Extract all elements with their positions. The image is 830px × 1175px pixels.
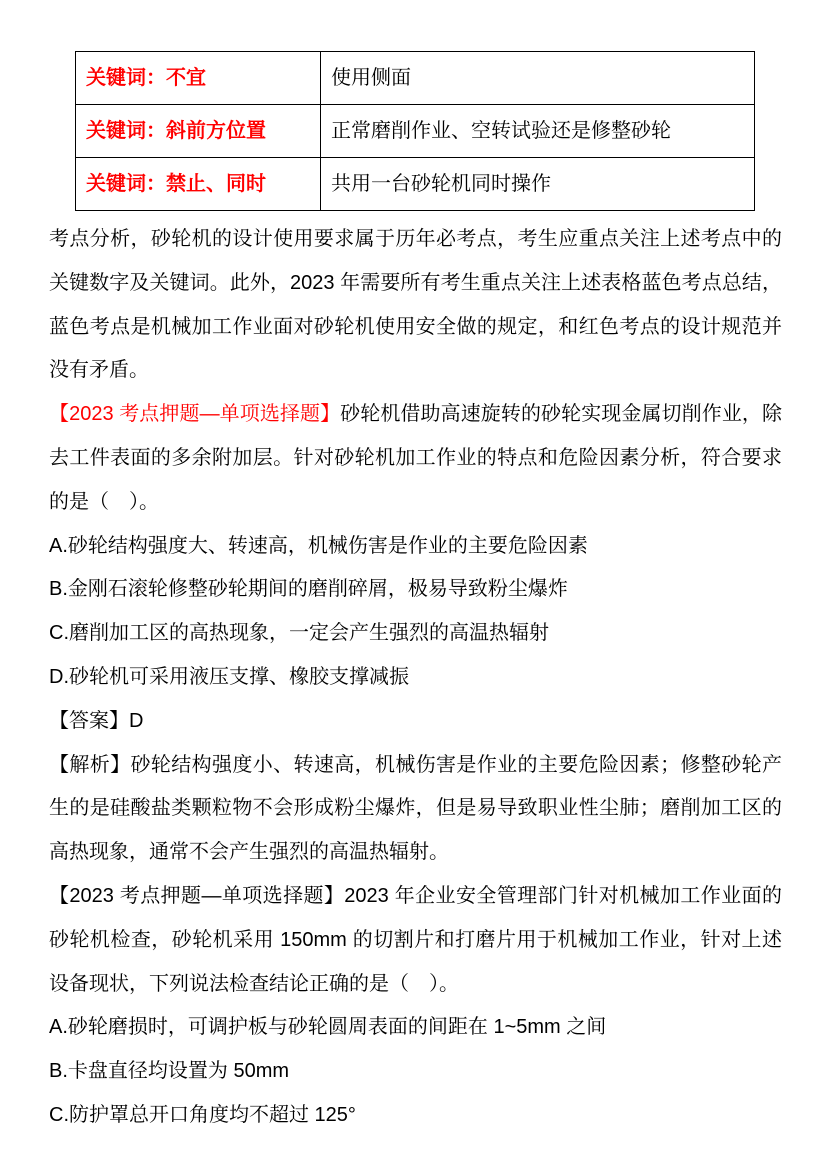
description-cell: 使用侧面 [321,52,755,105]
table-row: 关键词：不宜 使用侧面 [76,52,755,105]
keyword-cell: 关键词：斜前方位置 [76,105,321,158]
question1-explanation: 【解析】砂轮结构强度小、转速高，机械伤害是作业的主要危险因素；修整砂轮产生的是硅… [49,744,782,875]
question1-stem-paragraph: 【2023 考点押题—单项选择题】砂轮机借助高速旋转的砂轮实现金属切削作业，除去… [49,393,782,524]
question2-option-b: B.卡盘直径均设置为 50mm [49,1050,782,1094]
document-page: 关键词：不宜 使用侧面 关键词：斜前方位置 正常磨削作业、空转试验还是修整砂轮 … [0,0,830,1175]
description-cell: 共用一台砂轮机同时操作 [321,158,755,211]
question1-option-b: B.金刚石滚轮修整砂轮期间的磨削碎屑，极易导致粉尘爆炸 [49,568,782,612]
keyword-cell: 关键词：禁止、同时 [76,158,321,211]
question2-tag: 【2023 考点押题—单项选择题】 [49,885,344,907]
question1-answer: 【答案】D [49,700,782,744]
keyword-summary-table: 关键词：不宜 使用侧面 关键词：斜前方位置 正常磨削作业、空转试验还是修整砂轮 … [75,51,755,211]
question1-option-c: C.磨削加工区的高热现象，一定会产生强烈的高温热辐射 [49,612,782,656]
question2-option-a: A.砂轮磨损时，可调护板与砂轮圆周表面的间距在 1~5mm 之间 [49,1006,782,1050]
table-row: 关键词：斜前方位置 正常磨削作业、空转试验还是修整砂轮 [76,105,755,158]
keyword-cell: 关键词：不宜 [76,52,321,105]
question1-option-d: D.砂轮机可采用液压支撑、橡胶支撑减振 [49,656,782,700]
table-row: 关键词：禁止、同时 共用一台砂轮机同时操作 [76,158,755,211]
question2-stem-paragraph: 【2023 考点押题—单项选择题】2023 年企业安全管理部门针对机械加工作业面… [49,875,782,1006]
question1-option-a: A.砂轮结构强度大、转速高，机械伤害是作业的主要危险因素 [49,525,782,569]
question1-tag: 【2023 考点押题—单项选择题】 [49,403,340,425]
analysis-paragraph: 考点分析，砂轮机的设计使用要求属于历年必考点，考生应重点关注上述考点中的关键数字… [49,218,782,393]
question2-option-c: C.防护罩总开口角度均不超过 125° [49,1094,782,1138]
description-cell: 正常磨削作业、空转试验还是修整砂轮 [321,105,755,158]
